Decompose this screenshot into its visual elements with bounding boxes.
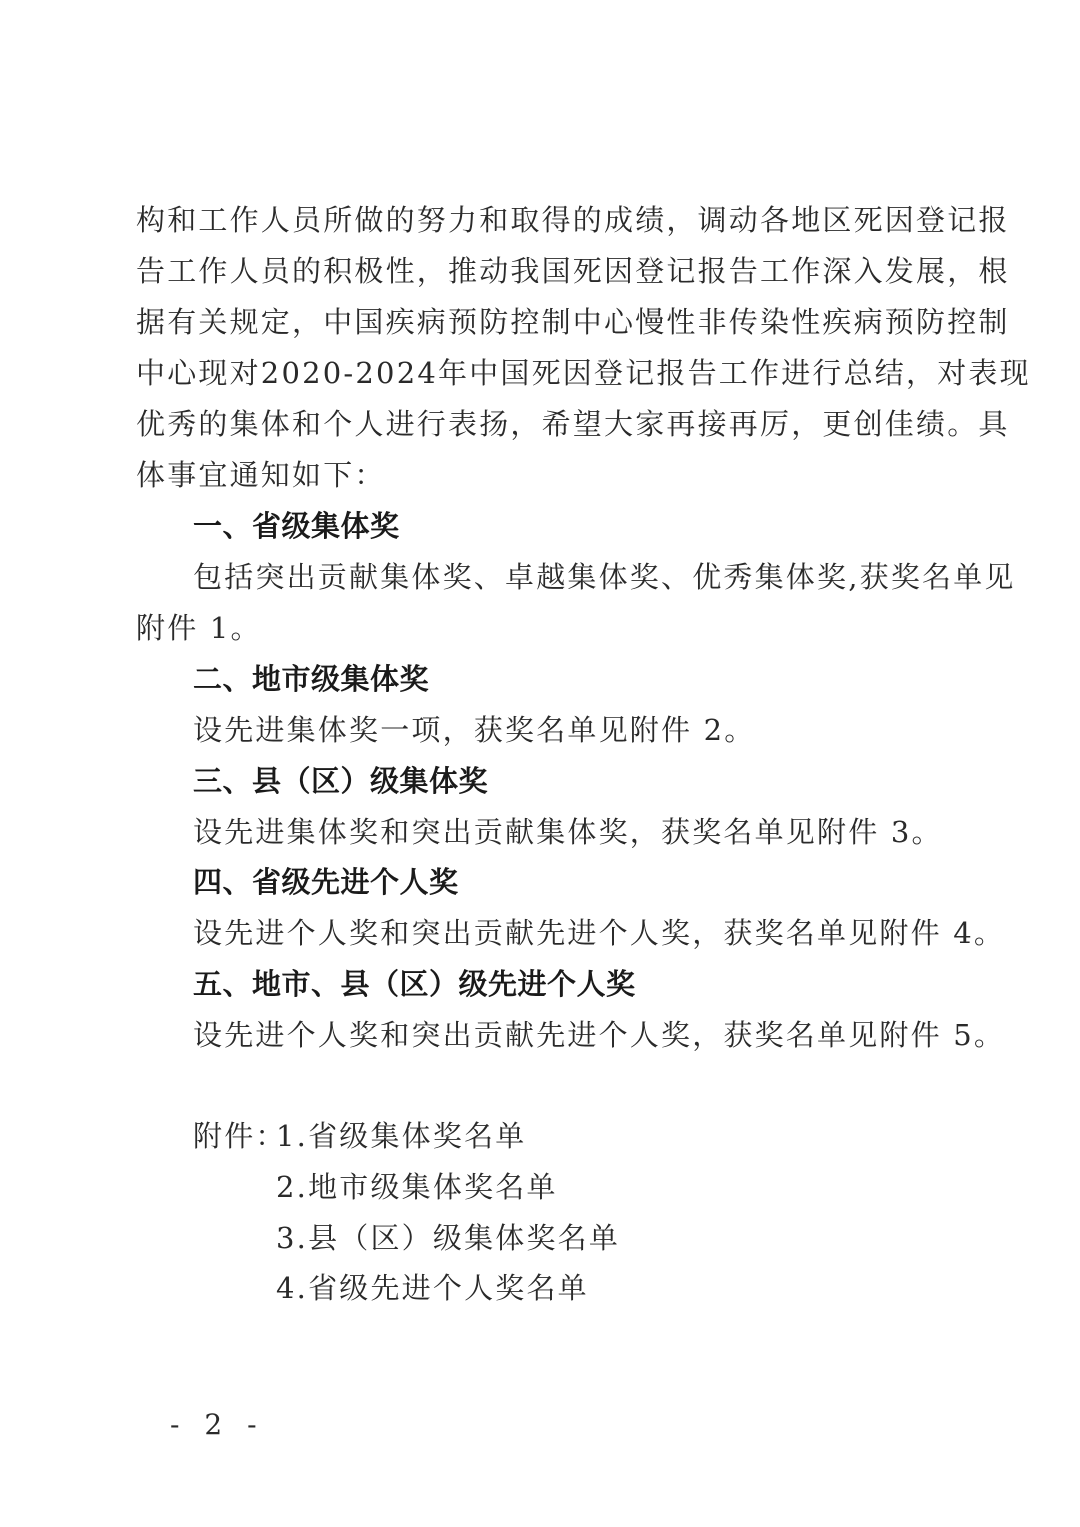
paragraph-line: 据有关规定，中国疾病预防控制中心慢性非传染性疾病预防控制 (136, 302, 936, 342)
section-body: 包括突出贡献集体奖、卓越集体奖、优秀集体奖,获奖名单见 (193, 557, 1016, 597)
page-number: - 2 - (170, 1405, 265, 1445)
paragraph-line: 体事宜通知如下： (136, 455, 936, 495)
section-body: 设先进个人奖和突出贡献先进个人奖，获奖名单见附件 4。 (193, 913, 1005, 953)
section-heading: 二、地市级集体奖 (193, 659, 429, 699)
attachment-item: 4.省级先进个人奖名单 (276, 1268, 589, 1308)
section-body: 设先进集体奖和突出贡献集体奖，获奖名单见附件 3。 (193, 812, 943, 852)
document-page: 构和工作人员所做的努力和取得的成绩，调动各地区死因登记报 告工作人员的积极性，推… (0, 0, 1080, 1527)
attachment-item: 3.县（区）级集体奖名单 (276, 1218, 620, 1258)
section-heading: 五、地市、县（区）级先进个人奖 (193, 964, 636, 1004)
section-heading: 四、省级先进个人奖 (193, 862, 459, 902)
section-body: 设先进个人奖和突出贡献先进个人奖，获奖名单见附件 5。 (193, 1015, 1005, 1055)
attachment-item: 2.地市级集体奖名单 (276, 1167, 558, 1207)
section-heading: 一、省级集体奖 (193, 506, 400, 546)
section-heading: 三、县（区）级集体奖 (193, 761, 488, 801)
attachments-label: 附件： (193, 1116, 287, 1156)
paragraph-line: 优秀的集体和个人进行表扬，希望大家再接再厉，更创佳绩。具 (136, 404, 936, 444)
paragraph-line: 中心现对2020-2024年中国死因登记报告工作进行总结，对表现 (136, 353, 936, 393)
section-body: 设先进集体奖一项，获奖名单见附件 2。 (193, 710, 755, 750)
paragraph-line: 构和工作人员所做的努力和取得的成绩，调动各地区死因登记报 (136, 200, 936, 240)
section-body: 附件 1。 (136, 608, 936, 648)
paragraph-line: 告工作人员的积极性，推动我国死因登记报告工作深入发展，根 (136, 251, 936, 291)
attachment-item: 1.省级集体奖名单 (276, 1116, 526, 1156)
